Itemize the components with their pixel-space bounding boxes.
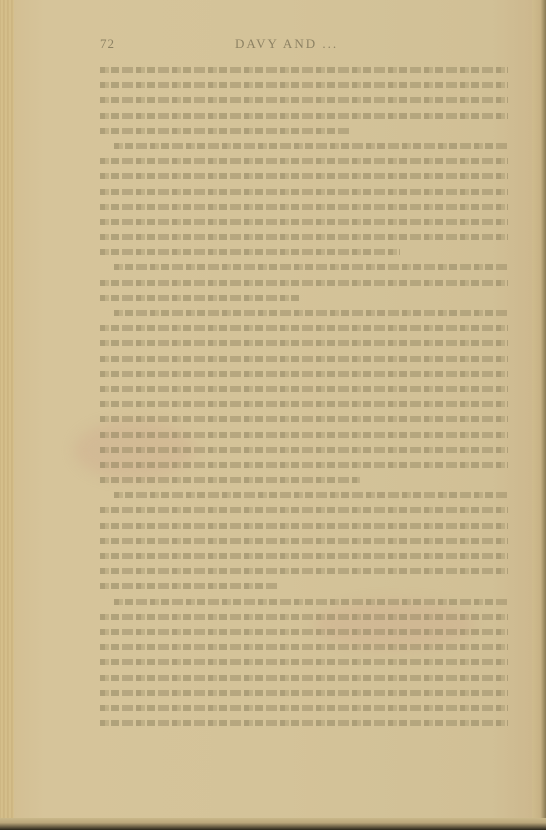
text-line xyxy=(100,335,508,350)
text-line xyxy=(100,411,508,426)
illegible-text xyxy=(100,416,508,422)
text-line xyxy=(100,184,508,199)
text-line xyxy=(100,229,508,244)
illegible-text xyxy=(100,538,508,544)
text-line xyxy=(100,153,508,168)
text-line xyxy=(100,259,508,274)
illegible-text xyxy=(114,310,508,316)
illegible-text xyxy=(100,82,508,88)
page-bottom-edge xyxy=(0,818,546,830)
text-line xyxy=(100,472,508,487)
text-line xyxy=(100,700,508,715)
text-line xyxy=(100,502,508,517)
illegible-text xyxy=(100,280,508,286)
text-line xyxy=(100,442,508,457)
illegible-text xyxy=(100,295,300,301)
illegible-text xyxy=(100,523,508,529)
illegible-text xyxy=(100,325,508,331)
text-line xyxy=(100,62,508,77)
text-line xyxy=(100,427,508,442)
text-line xyxy=(100,275,508,290)
illegible-text xyxy=(100,720,508,726)
illegible-text xyxy=(100,249,400,255)
text-line xyxy=(100,214,508,229)
illegible-text xyxy=(114,143,508,149)
page-binding-edge xyxy=(0,0,14,830)
illegible-text xyxy=(100,340,508,346)
illegible-text xyxy=(100,128,350,134)
text-line xyxy=(100,654,508,669)
text-line xyxy=(100,351,508,366)
illegible-text xyxy=(100,356,508,362)
text-line xyxy=(100,624,508,639)
illegible-text xyxy=(100,644,508,650)
text-line xyxy=(100,457,508,472)
text-line xyxy=(100,305,508,320)
illegible-text xyxy=(100,189,508,195)
illegible-text xyxy=(100,462,508,468)
running-title: DAVY AND ... xyxy=(235,36,338,52)
illegible-text xyxy=(100,507,508,513)
illegible-text xyxy=(100,67,508,73)
text-line xyxy=(100,518,508,533)
illegible-text xyxy=(114,264,508,270)
text-line xyxy=(100,594,508,609)
illegible-text xyxy=(100,553,508,559)
illegible-text xyxy=(100,675,508,681)
illegible-text xyxy=(100,173,508,179)
text-line xyxy=(100,670,508,685)
illegible-text xyxy=(100,401,508,407)
text-line xyxy=(100,487,508,502)
text-line xyxy=(100,609,508,624)
text-line xyxy=(100,563,508,578)
illegible-text xyxy=(100,690,508,696)
illegible-text xyxy=(114,599,508,605)
illegible-text xyxy=(100,629,508,635)
text-line xyxy=(100,92,508,107)
text-line xyxy=(100,578,508,593)
text-line xyxy=(100,715,508,730)
text-line xyxy=(100,685,508,700)
page-fore-edge xyxy=(532,0,546,830)
illegible-text xyxy=(100,705,508,711)
running-header: 72 DAVY AND ... xyxy=(100,36,510,54)
text-line xyxy=(100,123,508,138)
illegible-text xyxy=(100,432,508,438)
text-line xyxy=(100,290,508,305)
text-line xyxy=(100,320,508,335)
text-line xyxy=(100,533,508,548)
text-line xyxy=(100,396,508,411)
illegible-text xyxy=(100,386,508,392)
text-line xyxy=(100,108,508,123)
text-line xyxy=(100,639,508,654)
text-line xyxy=(100,199,508,214)
text-line xyxy=(100,77,508,92)
illegible-text xyxy=(114,492,508,498)
illegible-text xyxy=(100,568,508,574)
illegible-text xyxy=(100,371,508,377)
text-line xyxy=(100,138,508,153)
illegible-text xyxy=(100,477,360,483)
body-text xyxy=(100,62,508,730)
text-line xyxy=(100,366,508,381)
illegible-text xyxy=(100,158,508,164)
illegible-text xyxy=(100,583,280,589)
illegible-text xyxy=(100,204,508,210)
illegible-text xyxy=(100,219,508,225)
page-number: 72 xyxy=(100,36,115,52)
text-line xyxy=(100,548,508,563)
illegible-text xyxy=(100,447,508,453)
illegible-text xyxy=(100,614,508,620)
illegible-text xyxy=(100,234,508,240)
text-line xyxy=(100,168,508,183)
illegible-text xyxy=(100,113,508,119)
illegible-text xyxy=(100,97,508,103)
text-line xyxy=(100,381,508,396)
text-line xyxy=(100,244,508,259)
illegible-text xyxy=(100,659,508,665)
